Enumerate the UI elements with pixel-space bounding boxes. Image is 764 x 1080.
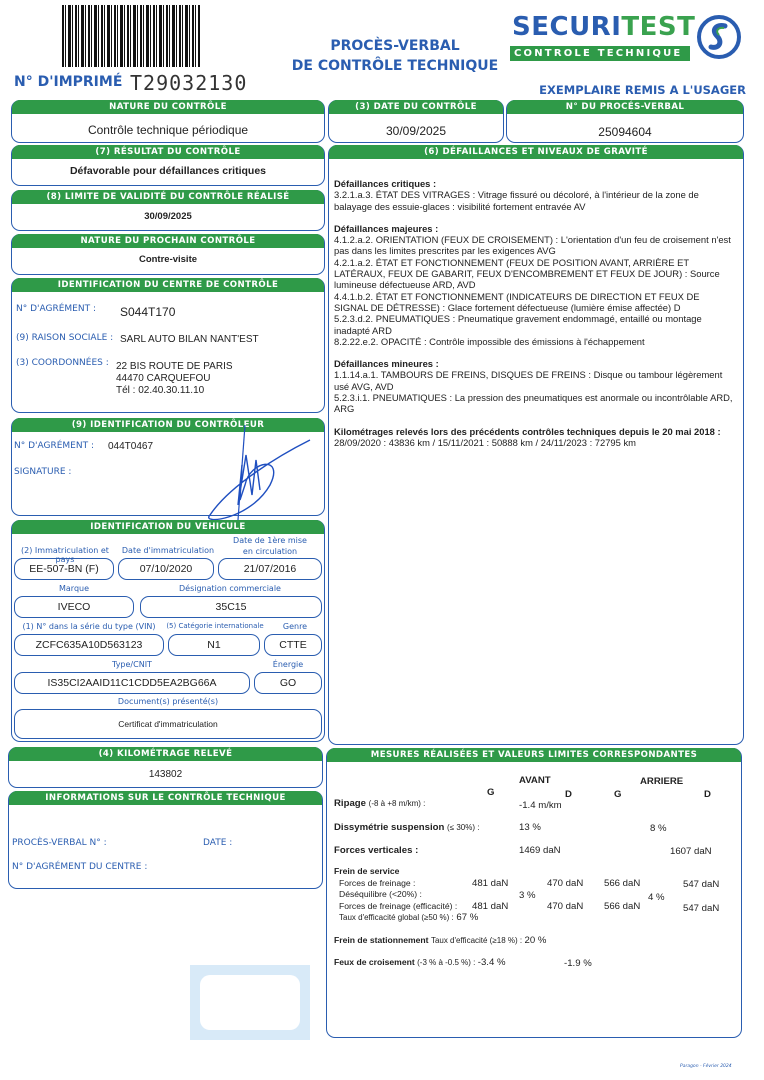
numero-pv-header: N° DU PROCÉS-VERBAL bbox=[507, 100, 743, 114]
forces-freinage-avd: 470 daN bbox=[547, 878, 583, 889]
print-number: T29032130 bbox=[130, 71, 247, 95]
edition-footer: Paragon - Février 2024 bbox=[680, 1064, 732, 1069]
copy-notice: EXEMPLAIRE REMIS A L'USAGER bbox=[530, 83, 746, 97]
majeure-item: 4.4.1.b.2. ÉTAT ET FONCTIONNEMENT (INDIC… bbox=[334, 291, 734, 314]
avant-header: AVANT bbox=[519, 775, 551, 786]
dissymetrie-arriere: 8 % bbox=[650, 823, 667, 834]
documents-label: Document(s) présenté(s) bbox=[14, 697, 322, 706]
forces-freinage-arg: 566 daN bbox=[604, 878, 640, 889]
prochain-controle-header: NATURE DU PROCHAIN CONTRÔLE bbox=[12, 234, 324, 248]
nature-controle-value: Contrôle technique périodique bbox=[12, 123, 324, 137]
controleur-agrement-value: 044T0467 bbox=[108, 441, 153, 452]
centre-raison-label: (9) RAISON SOCIALE : bbox=[16, 333, 113, 343]
centre-raison-value: SARL AUTO BILAN NANT'EST bbox=[120, 334, 259, 345]
marque-value: IVECO bbox=[14, 596, 134, 618]
centre-coord-label: (3) COORDONNÉES : bbox=[16, 358, 109, 368]
km-history: 28/09/2020 : 43836 km / 15/11/2021 : 508… bbox=[334, 437, 636, 448]
centre-phone: Tél : 02.40.30.11.10 bbox=[116, 385, 204, 396]
energie-label: Énergie bbox=[254, 660, 322, 669]
print-number-label: N° D'IMPRIMÉ bbox=[14, 74, 122, 90]
first-circ-label-1: Date de 1ère mise bbox=[220, 536, 320, 545]
arriere-g-header: G bbox=[614, 789, 621, 800]
desequilibre-label: Déséquilibre (<20%) : bbox=[339, 889, 422, 899]
type-value: IS35CI2AAID11C1CDD5EA2BG66A bbox=[14, 672, 250, 694]
vin-value: ZCFC635A10D563123 bbox=[14, 634, 164, 656]
signature-scribble bbox=[190, 425, 320, 525]
securitest-s-icon bbox=[696, 14, 742, 60]
arriere-header: ARRIERE bbox=[640, 776, 683, 787]
forces-verticales-arriere: 1607 daN bbox=[670, 846, 712, 857]
infos-agrement-label: N° D'AGRÉMENT DU CENTRE : bbox=[12, 862, 147, 872]
majeure-item: 4.2.1.a.2. ÉTAT ET FONCTIONNEMENT (FEUX … bbox=[334, 257, 734, 291]
kilometrage-value: 143802 bbox=[9, 769, 322, 780]
avant-d-header: D bbox=[565, 789, 572, 800]
brand-name-part2: TEST bbox=[621, 12, 695, 42]
date-controle-header: (3) DATE DU CONTRÔLE bbox=[329, 100, 503, 114]
type-label: Type/CNIT bbox=[14, 660, 250, 669]
majeure-item: 5.2.3.d.2. PNEUMATIQUES : Pneumatique gr… bbox=[334, 313, 734, 336]
ripage-label: Ripage (-8 à +8 m/km) : bbox=[334, 798, 425, 809]
immat-value: EE-507-BN (F) bbox=[14, 558, 114, 580]
forces-verticales-label: Forces verticales : bbox=[334, 845, 418, 856]
defaillances-header: (6) DÉFAILLANCES ET NIVEAUX DE GRAVITÉ bbox=[329, 145, 743, 159]
ripage-value: -1.4 m/km bbox=[519, 800, 562, 811]
nature-controle-header: NATURE DU CONTRÔLE bbox=[12, 100, 324, 114]
brand-name-part1: SECURI bbox=[512, 12, 621, 42]
defaillances-list: Défaillances critiques : 3.2.1.a.3. ÉTAT… bbox=[334, 178, 734, 448]
majeure-item: 4.1.2.a.2. ORIENTATION (FEUX DE CROISEME… bbox=[334, 234, 734, 257]
energie-value: GO bbox=[254, 672, 322, 694]
marque-label: Marque bbox=[14, 584, 134, 593]
forces-freinage-avg: 481 daN bbox=[472, 878, 508, 889]
stamp-area bbox=[190, 965, 310, 1040]
forces-freinage-label: Forces de freinage : bbox=[339, 878, 415, 888]
forces-efficacite-label: Forces de freinage (efficacité) : bbox=[339, 901, 457, 911]
brand-logo: SECURITEST CONTROLE TECHNIQUE bbox=[510, 12, 750, 64]
limite-validite-header: (8) LIMITE DE VALIDITÉ DU CONTRÔLE RÉALI… bbox=[12, 190, 324, 204]
genre-value: CTTE bbox=[264, 634, 322, 656]
desequilibre-arriere: 4 % bbox=[648, 892, 665, 903]
centre-agrement-value: S044T170 bbox=[120, 305, 175, 319]
frein-stationnement: Frein de stationnement Taux d'efficacité… bbox=[334, 935, 546, 946]
vin-label: (1) N° dans la série du type (VIN) bbox=[14, 622, 164, 631]
categorie-value: N1 bbox=[168, 634, 260, 656]
kilometrage-header: (4) KILOMÉTRAGE RELEVÉ bbox=[9, 747, 322, 761]
first-circ-value: 21/07/2016 bbox=[218, 558, 322, 580]
desequilibre-avant: 3 % bbox=[519, 890, 536, 901]
mesures-header: MESURES RÉALISÉES ET VALEURS LIMITES COR… bbox=[327, 748, 741, 762]
designation-label: Désignation commerciale bbox=[140, 584, 320, 593]
forces-efficacite-avg: 481 daN bbox=[472, 901, 508, 912]
taux-global: Taux d'efficacité global (≥50 %) : 67 % bbox=[339, 912, 478, 923]
vehicule-header: IDENTIFICATION DU VEHICULE bbox=[12, 520, 324, 534]
avant-g-header: G bbox=[487, 787, 494, 798]
frein-service-label: Frein de service bbox=[334, 866, 399, 876]
designation-value: 35C15 bbox=[140, 596, 322, 618]
infos-date-label: DATE : bbox=[203, 838, 232, 848]
numero-pv-value: 25094604 bbox=[507, 125, 743, 139]
critique-item: 3.2.1.a.3. ÉTAT DES VITRAGES : Vitrage f… bbox=[334, 189, 734, 212]
majeures-title: Défaillances majeures : bbox=[334, 223, 438, 234]
feux-croisement-d: -1.9 % bbox=[564, 958, 592, 969]
centre-address-2: 44470 CARQUEFOU bbox=[116, 373, 210, 384]
barcode bbox=[62, 5, 200, 67]
date-immat-value: 07/10/2020 bbox=[118, 558, 214, 580]
forces-verticales-avant: 1469 daN bbox=[519, 845, 561, 856]
date-controle-value: 30/09/2025 bbox=[329, 124, 503, 138]
document-title-line2: DE CONTRÔLE TECHNIQUE bbox=[280, 58, 510, 74]
dissymetrie-label: Dissymétrie suspension (≤ 30%) : bbox=[334, 822, 479, 833]
forces-freinage-ard: 547 daN bbox=[683, 879, 719, 890]
arriere-d-header: D bbox=[704, 789, 711, 800]
mineures-title: Défaillances mineures : bbox=[334, 358, 439, 369]
forces-efficacite-ard: 547 daN bbox=[683, 903, 719, 914]
resultat-value: Défavorable pour défaillances critiques bbox=[12, 165, 324, 177]
km-history-title: Kilométrages relevés lors des précédents… bbox=[334, 426, 721, 437]
mineure-item: 5.2.3.i.1. PNEUMATIQUES : La pression de… bbox=[334, 392, 734, 415]
forces-efficacite-avd: 470 daN bbox=[547, 901, 583, 912]
infos-pv-label: PROCÈS-VERBAL N° : bbox=[12, 838, 107, 848]
first-circ-label-2: en circulation bbox=[220, 547, 320, 556]
document-title-line1: PROCÈS-VERBAL bbox=[290, 38, 500, 54]
genre-label: Genre bbox=[268, 622, 322, 631]
majeure-item: 8.2.22.e.2. OPACITÉ : Contrôle impossibl… bbox=[334, 336, 734, 347]
critiques-title: Défaillances critiques : bbox=[334, 178, 436, 189]
categorie-label: (5) Catégorie internationale bbox=[165, 622, 265, 630]
date-immat-label: Date d'immatriculation bbox=[118, 546, 218, 555]
infos-defavorable-header: INFORMATIONS SUR LE CONTRÔLE TECHNIQUE D… bbox=[9, 791, 322, 805]
mineure-item: 1.1.14.a.1. TAMBOURS DE FREINS, DISQUES … bbox=[334, 369, 734, 392]
controleur-agrement-label: N° D'AGRÉMENT : bbox=[14, 441, 94, 451]
dissymetrie-avant: 13 % bbox=[519, 822, 541, 833]
centre-header: IDENTIFICATION DU CENTRE DE CONTRÔLE bbox=[12, 278, 324, 292]
feux-croisement: Feux de croisement (-3 % à -0.5 %) : -3.… bbox=[334, 957, 505, 968]
signature-label: SIGNATURE : bbox=[14, 467, 71, 477]
limite-validite-value: 30/09/2025 bbox=[12, 211, 324, 222]
resultat-header: (7) RÉSULTAT DU CONTRÔLE bbox=[12, 145, 324, 159]
centre-agrement-label: N° D'AGRÉMENT : bbox=[16, 304, 96, 314]
centre-address-1: 22 BIS ROUTE DE PARIS bbox=[116, 361, 233, 372]
documents-value: Certificat d'immatriculation bbox=[14, 709, 322, 739]
forces-efficacite-arg: 566 daN bbox=[604, 901, 640, 912]
brand-subtitle: CONTROLE TECHNIQUE bbox=[510, 46, 690, 61]
prochain-controle-value: Contre-visite bbox=[12, 254, 324, 265]
